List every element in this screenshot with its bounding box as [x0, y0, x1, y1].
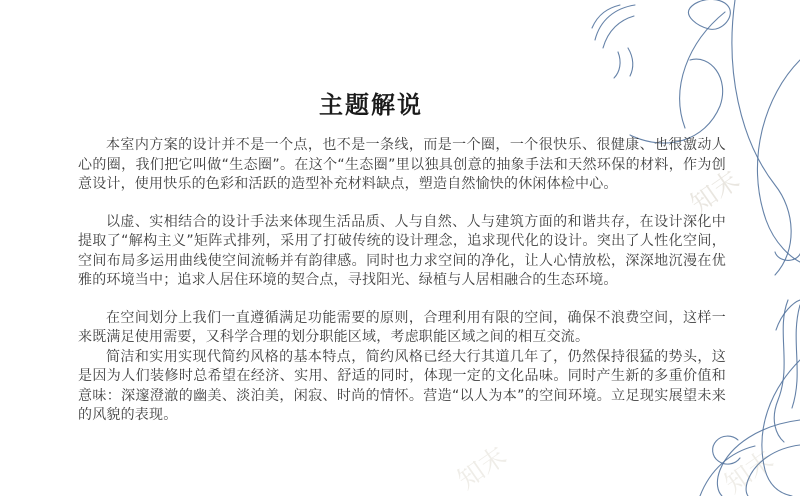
- watermark-text: 知末: [716, 440, 780, 496]
- text-block: 主题解说 本室内方案的设计并不是一个点，也不是一条线，而是一个圈，一个很快乐、很…: [78, 88, 726, 426]
- paragraphs: 本室内方案的设计并不是一个点，也不是一条线，而是一个圈，一个很快乐、很健康、也很…: [78, 136, 726, 426]
- watermark-text: 知末: [449, 436, 513, 496]
- body-paragraph: 本室内方案的设计并不是一个点，也不是一条线，而是一个圈，一个很快乐、很健康、也很…: [78, 136, 726, 195]
- page-title: 主题解说: [78, 88, 664, 122]
- body-paragraph: 以虚、实相结合的设计手法来体现生活品质、人与自然、人与建筑方面的和谐共存，在设计…: [78, 213, 726, 291]
- body-paragraph: 在空间划分上我们一直遵循满足功能需要的原则，合理利用有限的空间，确保不浪费空间，…: [78, 309, 726, 348]
- body-paragraph: 简洁和实用实现代简约风格的基本特点，简约风格已经大行其道几年了，仍然保持很猛的势…: [78, 348, 726, 426]
- slide-canvas: 主题解说 本室内方案的设计并不是一个点，也不是一条线，而是一个圈，一个很快乐、很…: [0, 0, 800, 496]
